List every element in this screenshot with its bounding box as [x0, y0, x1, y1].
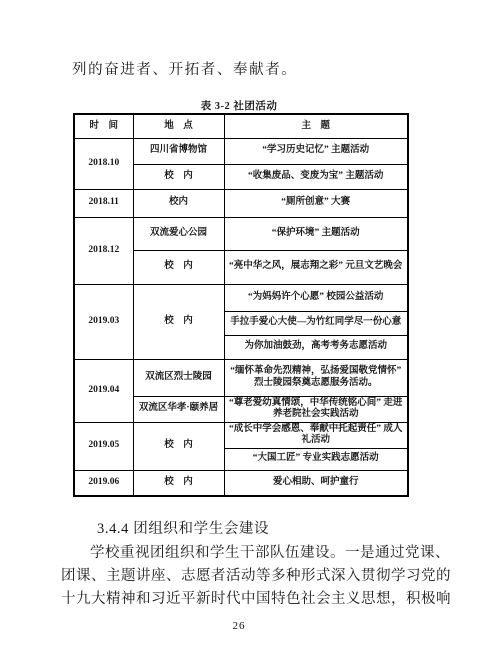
- theme-cell: “学习历史记忆” 主题活动: [224, 138, 408, 164]
- time-cell: 2019.03: [74, 284, 133, 359]
- theme-cell: “缅怀革命先烈精神，弘扬爱国敬党情怀” 烈士陵园祭奠志愿服务活动。: [224, 359, 408, 396]
- theme-cell: 为你加油鼓劲，高考考务志愿活动: [224, 335, 408, 359]
- page-number: 26: [0, 620, 478, 632]
- section-heading: 3.4.4 团组织和学生会建设: [97, 517, 269, 538]
- table-row: 2019.05 校 内 “成长中学会感恩、奉献中托起责任” 成人礼活动: [74, 422, 408, 448]
- table-row: 2018.12 双流爱心公园 “保护环境” 主题活动: [74, 217, 408, 250]
- theme-cell: “为妈妈许个心愿” 校园公益活动: [224, 284, 408, 311]
- place-cell: 校 内: [133, 250, 224, 284]
- place-cell: 四川省博物馆: [133, 138, 224, 164]
- table-row: 2019.04 双流区烈士陵园 “缅怀革命先烈精神，弘扬爱国敬党情怀” 烈士陵园…: [74, 359, 408, 396]
- place-cell: 双流区烈士陵园: [133, 359, 224, 396]
- col-header-time: 时 间: [74, 114, 133, 138]
- time-cell: 2019.05: [74, 422, 133, 470]
- table-header-row: 时 间 地 点 主 题: [74, 114, 408, 138]
- document-page: 列的奋进者、开拓者、奉献者。 表 3-2 社团活动 时 间 地 点 主 题 20…: [0, 0, 478, 651]
- paragraph-line: 学校重视团组织和学生干部队伍建设。一是通过党课、: [61, 542, 427, 565]
- table-row: 2019.06 校 内 爱心相助、呵护童行: [74, 470, 408, 496]
- theme-cell: “成长中学会感恩、奉献中托起责任” 成人礼活动: [224, 422, 408, 448]
- table-row: 2019.03 校 内 “为妈妈许个心愿” 校园公益活动: [74, 284, 408, 311]
- time-cell: 2019.06: [74, 470, 133, 496]
- place-cell: 校 内: [133, 284, 224, 359]
- time-cell: 2018.11: [74, 189, 133, 217]
- theme-cell: “保护环境” 主题活动: [224, 217, 408, 250]
- col-header-theme: 主 题: [224, 114, 408, 138]
- table-row: 2018.10 四川省博物馆 “学习历史记忆” 主题活动: [74, 138, 408, 164]
- intro-text: 列的奋进者、开拓者、奉献者。: [72, 58, 297, 79]
- place-cell: 双流区华孝·颐养居: [133, 396, 224, 422]
- paragraph-line: 团课、主题讲座、志愿者活动等多种形式深入贯彻学习党的: [61, 565, 427, 588]
- place-cell: 校 内: [133, 470, 224, 496]
- place-cell: 校 内: [133, 164, 224, 189]
- theme-cell: 爱心相助、呵护童行: [224, 470, 408, 496]
- body-paragraph: 学校重视团组织和学生干部队伍建设。一是通过党课、 团课、主题讲座、志愿者活动等多…: [61, 542, 427, 611]
- theme-cell: “收集废品、变废为宝” 主题活动: [224, 164, 408, 189]
- time-cell: 2018.12: [74, 217, 133, 284]
- theme-cell: “亮中华之风，展志翔之彩” 元旦文艺晚会: [224, 250, 408, 284]
- table-row: 2018.11 校内 “厕所创意” 大赛: [74, 189, 408, 217]
- place-cell: 校内: [133, 189, 224, 217]
- time-cell: 2019.04: [74, 359, 133, 422]
- theme-cell: “大国工匠” 专业实践志愿活动: [224, 448, 408, 470]
- theme-cell: 手拉手爱心大使—为竹红同学尽一份心意: [224, 311, 408, 335]
- activities-table: 时 间 地 点 主 题 2018.10 四川省博物馆 “学习历史记忆” 主题活动…: [73, 113, 409, 497]
- place-cell: 校 内: [133, 422, 224, 470]
- theme-cell: “厕所创意” 大赛: [224, 189, 408, 217]
- table-title: 表 3-2 社团活动: [0, 98, 478, 113]
- place-cell: 双流爱心公园: [133, 217, 224, 250]
- time-cell: 2018.10: [74, 138, 133, 189]
- paragraph-line: 十九大精神和习近平新时代中国特色社会主义思想，积极响: [61, 588, 427, 611]
- theme-cell: “尊老爱幼真情颂，中华传统铭心间” 走进养老院社会实践活动: [224, 396, 408, 422]
- col-header-place: 地 点: [133, 114, 224, 138]
